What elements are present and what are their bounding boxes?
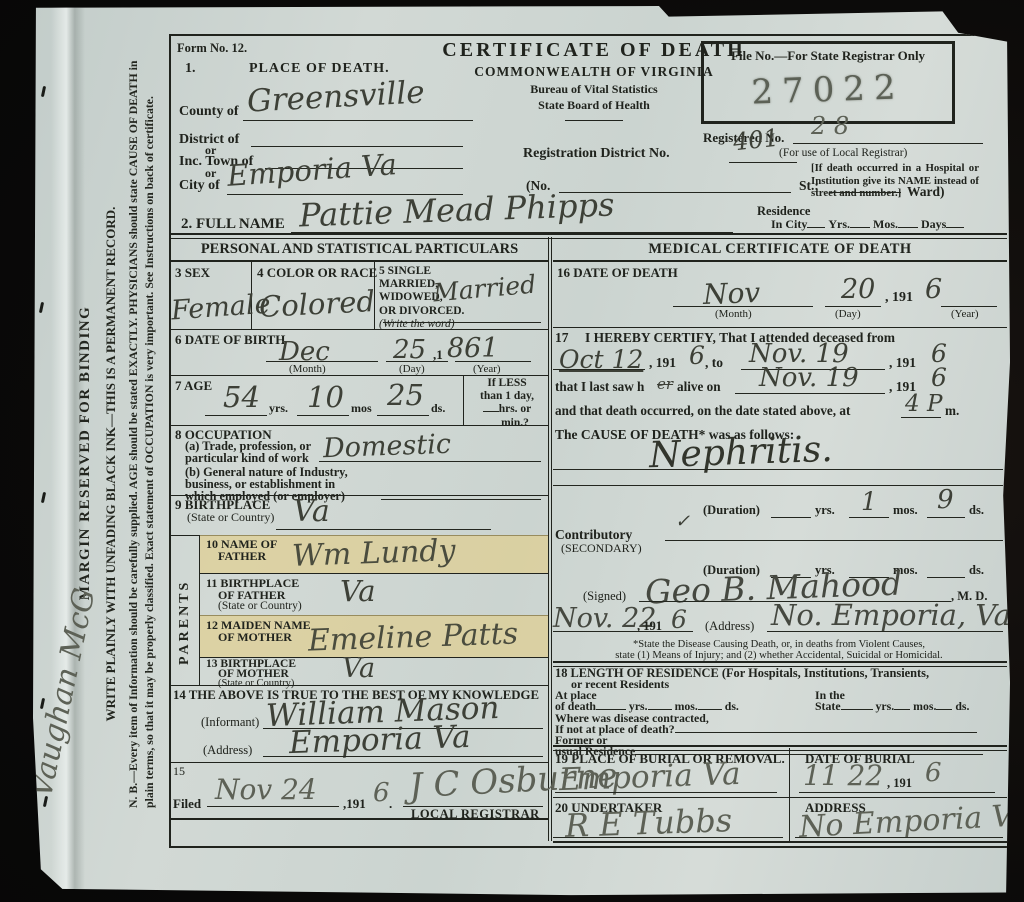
dur1-mos-value: 1 — [861, 489, 877, 514]
burial-year-printed: , 191 — [887, 776, 912, 791]
filed-section-number: 15 — [173, 764, 185, 779]
footnote-line1: *State the Disease Causing Death, or, in… — [553, 639, 1005, 650]
physician-address-line — [767, 631, 1003, 632]
informant-row: 14 THE ABOVE IS TRUE TO THE BEST OF MY K… — [171, 685, 548, 763]
mother-birthplace-value: Va — [342, 655, 375, 682]
birthplace-line — [276, 529, 491, 530]
father-label-2: FATHER — [218, 549, 266, 564]
dob-label: 6 DATE OF BIRTH — [175, 332, 285, 348]
binding-stitch — [41, 492, 46, 503]
street-label: St.; — [799, 178, 819, 194]
fbp-label-3: (State or Country) — [218, 600, 302, 612]
age-yrs-value: 54 — [223, 383, 260, 412]
dur1-ds-value: 9 — [937, 487, 954, 513]
margin-ink-note: WRITE PLAINLY WITH UNFADING BLACK INK—TH… — [103, 174, 119, 754]
cell-divider — [463, 375, 464, 425]
street-line — [829, 192, 901, 193]
dod-month-caption: (Month) — [715, 308, 752, 320]
father-birthplace-value: Va — [340, 577, 376, 606]
birthplace-sublabel: (State or Country) — [187, 510, 274, 525]
file-number-stamp: 27022 — [703, 66, 952, 115]
saw-struck-value: er — [657, 377, 673, 392]
mother-name-value: Emeline Patts — [308, 619, 519, 656]
from-year-value: 6 — [689, 343, 705, 368]
dod-day-line — [825, 306, 881, 307]
dod-year-line — [941, 306, 997, 307]
dod-day-value: 20 — [841, 276, 875, 303]
date-of-death-row: 16 DATE OF DEATH Nov 20 , 191 6 (Month) … — [553, 262, 1007, 328]
burial-row: 19 PLACE OF BURIAL OR REMOVAL. Emporia V… — [553, 748, 1007, 798]
dur1-mos-line — [849, 517, 889, 518]
saw-date-value: Nov. 19 — [759, 365, 859, 391]
signed-date-year-value: 6 — [671, 607, 687, 632]
race-value: Colored — [258, 287, 375, 322]
age-yrs-unit: yrs. — [269, 401, 288, 416]
parents-label: PARENTS — [177, 555, 193, 665]
certification-section: 17 I HEREBY CERTIFY, That I attended dec… — [553, 327, 1007, 661]
registered-no-value: 2 8 — [811, 114, 849, 138]
column-divider — [548, 237, 552, 841]
dur1-yrs-unit: yrs. — [815, 503, 835, 518]
duration1-label: (Duration) — [703, 503, 760, 518]
physician-address-label: (Address) — [705, 619, 754, 634]
birthplace-row: 9 BIRTHPLACE (State or Country) Va — [171, 495, 548, 536]
filed-label: Filed — [173, 796, 201, 812]
cell-divider — [789, 748, 790, 797]
death-time-value: 4 P — [905, 393, 942, 416]
occupation-row: 8 OCCUPATION (a) Trade, profession, or p… — [171, 425, 548, 496]
dur1-mos-unit: mos. — [893, 503, 918, 518]
death-m-label: m. — [945, 403, 959, 419]
certificate-paper: MARGIN RESERVED FOR BINDING WRITE PLAINL… — [33, 6, 1011, 896]
burial-date-value: 11 22 — [803, 762, 883, 790]
signed-label: (Signed) — [583, 589, 626, 604]
certificate-form: Form No. 12. CERTIFICATE OF DEATH COMMON… — [169, 34, 1013, 848]
parents-side-strip: PARENTS — [171, 535, 200, 685]
binding-stitch — [41, 86, 46, 97]
time-line — [901, 417, 941, 418]
dob-year-value: 861 — [447, 335, 499, 362]
county-line — [243, 120, 473, 121]
margin-binding-note: MARGIN RESERVED FOR BINDING — [77, 288, 94, 618]
filed-year-printed: ,191 — [343, 796, 366, 812]
age-ds-line — [377, 415, 429, 416]
dur2-ds-unit: ds. — [969, 563, 984, 578]
occupation-a2: particular kind of work — [185, 451, 309, 466]
filed-date-value: Nov 24 — [215, 776, 317, 804]
mother-birthplace-row: 13 BIRTHPLACE OF MOTHER (State or Countr… — [200, 657, 548, 685]
cause-of-death-value: Nephritis. — [648, 432, 833, 474]
from-line — [553, 369, 645, 370]
dur1-ds-line — [927, 517, 965, 518]
age-mos-line — [297, 415, 349, 416]
dod-label: 16 DATE OF DEATH — [557, 265, 678, 281]
district-line — [251, 146, 463, 147]
undertaker-address-line — [795, 837, 1003, 838]
informant-address-value: Emporia Va — [289, 722, 472, 759]
personal-particulars-column: PERSONAL AND STATISTICAL PARTICULARS 3 S… — [171, 237, 548, 841]
to-label: , to — [705, 355, 723, 371]
dod-day-caption: (Day) — [835, 308, 861, 320]
undertaker-row: 20 UNDERTAKER R E Tubbs ADDRESS No Empor… — [553, 797, 1007, 843]
dod-month-value: Nov — [703, 279, 761, 309]
certify-number: 17 — [555, 330, 569, 346]
footnote-line2: state (1) Means of Injury; and (2) wheth… — [553, 650, 1005, 661]
age-mos-value: 10 — [307, 383, 344, 412]
left-column-header: PERSONAL AND STATISTICAL PARTICULARS — [171, 237, 548, 262]
days-label: Days — [921, 217, 946, 231]
age-ds-unit: ds. — [431, 401, 445, 416]
from-year-printed: , 191 — [649, 355, 676, 371]
marital-value: Married — [432, 272, 537, 306]
residence-duration-line: In City Yrs. Mos. Days — [771, 217, 964, 232]
informant-address-line — [263, 756, 543, 757]
marital-line — [383, 322, 541, 323]
dob-day-line — [386, 361, 448, 362]
age-mos-unit: mos — [351, 401, 372, 416]
county-value: Greensville — [246, 77, 425, 117]
file-box-label: File No.—For State Registrar Only — [704, 44, 952, 64]
margin-nb-note: N. B.—Every item of Information should b… — [125, 40, 157, 808]
local-registrar-label: LOCAL REGISTRAR — [411, 807, 540, 822]
dod-year-caption: (Year) — [951, 308, 979, 320]
saw-label-2: alive on — [677, 379, 721, 395]
in-city-label: In City — [771, 217, 807, 231]
age-ds-value: 25 — [387, 381, 424, 410]
informant-address-label: (Address) — [203, 743, 252, 758]
year-caption: (Year) — [473, 363, 501, 375]
age-row: 7 AGE 54 yrs. 10 mos 25 ds. If LESS than… — [171, 375, 548, 426]
section1-title: PLACE OF DEATH. — [249, 61, 390, 77]
sex-value: Female — [170, 291, 271, 325]
cell-divider — [789, 797, 790, 841]
saw-label: that I last saw h — [555, 379, 644, 395]
contributory-sublabel: (SECONDARY) — [561, 541, 642, 556]
full-name-label: 2. FULL NAME — [181, 216, 285, 233]
age-label: 7 AGE — [175, 378, 212, 394]
registration-district-line — [729, 162, 797, 163]
dob-row: 6 DATE OF BIRTH Dec 25 ,1 861 (Month) (D… — [171, 329, 548, 376]
binding-stitch — [39, 302, 44, 313]
dur2-ds-line — [927, 577, 965, 578]
mos-label: Mos. — [873, 217, 898, 231]
full-name-value: Pattie Mead Phipps — [299, 189, 615, 232]
signed-date-line — [553, 631, 693, 632]
mother-label-2: OF MOTHER — [218, 630, 292, 645]
registration-district-label: Registration District No. — [523, 146, 670, 162]
saw-year-value: 6 — [931, 365, 947, 390]
city-label: City of — [179, 178, 220, 194]
dod-year-printed: , 191 — [885, 290, 913, 306]
filed-row: 15 Filed Nov 24 ,191 6 . J C Osburne LOC… — [171, 762, 548, 820]
dur1-yrs-line — [771, 517, 811, 518]
dod-year-value: 6 — [925, 276, 942, 303]
where-contracted-line: If not at place of death? — [555, 722, 977, 737]
title-divider — [565, 120, 623, 121]
ward-label: Ward) — [907, 184, 945, 200]
medical-certificate-column: MEDICAL CERTIFICATE OF DEATH 16 DATE OF … — [553, 237, 1007, 841]
cause-line-2 — [553, 485, 1003, 486]
filed-dot: . — [389, 796, 392, 812]
undertaker-line — [553, 837, 783, 838]
mother-name-row: 12 MAIDEN NAME OF MOTHER Emeline Patts — [200, 615, 548, 658]
right-column-header: MEDICAL CERTIFICATE OF DEATH — [553, 237, 1007, 262]
age-yrs-line — [205, 415, 267, 416]
occupation-value: Domestic — [323, 431, 452, 462]
dob-year-line — [455, 361, 531, 362]
filed-line — [207, 806, 339, 807]
section1-number: 1. — [185, 61, 196, 77]
contributory-line — [665, 540, 1003, 541]
contributory-checkmark: ✓ — [675, 513, 690, 531]
cause-line — [553, 469, 1003, 470]
if-less-label: If LESS than 1 day, hrs. or min.? — [467, 377, 547, 430]
registered-no-note: (For use of Local Registrar) — [779, 147, 907, 159]
occupation-a-line — [319, 461, 541, 462]
day-caption: (Day) — [399, 363, 425, 375]
in-state-line: State yrs. mos. ds. — [815, 699, 969, 714]
hospital-note: [If death occurred in a Hospital or Inst… — [811, 162, 979, 200]
physician-address-value: No. Emporia, Va — [771, 601, 1011, 630]
filed-year-value: 6 — [373, 780, 390, 806]
parents-block: PARENTS 10 NAME OF FATHER Wm Lundy 11 BI… — [171, 535, 548, 686]
burial-place-line — [555, 792, 777, 793]
city-value: Emporia Va — [226, 150, 398, 191]
to-year-printed: , 191 — [889, 355, 916, 371]
burial-date-line — [799, 792, 995, 793]
death-occurred-label: and that death occurred, on the date sta… — [555, 403, 850, 419]
dob-month-line — [266, 361, 378, 362]
race-label: 4 COLOR OR RACE — [257, 265, 377, 281]
residence-section: 18 LENGTH OF RESIDENCE (For Hospitals, I… — [553, 665, 1007, 742]
death-certificate-scan: MARGIN RESERVED FOR BINDING WRITE PLAINL… — [0, 0, 1024, 902]
father-name-value: Wm Lundy — [292, 536, 456, 572]
month-caption: (Month) — [289, 363, 326, 375]
sex-label: 3 SEX — [175, 265, 210, 281]
yrs-label: Yrs. — [828, 217, 850, 231]
informant-label: (Informant) — [201, 715, 259, 730]
form-number: Form No. 12. — [177, 41, 247, 56]
county-label: County of — [179, 104, 239, 120]
saw-line — [735, 393, 885, 394]
burial-place-value: Emporia Va — [559, 759, 742, 796]
father-name-row: 10 NAME OF FATHER Wm Lundy — [200, 535, 548, 574]
burial-year-value: 6 — [925, 760, 942, 786]
registered-no-line — [793, 143, 983, 144]
sex-race-marital-row: 3 SEX Female 4 COLOR OR RACE Colored 5 S… — [171, 262, 548, 330]
margin-signature: Vaughan McG — [27, 586, 101, 800]
dur1-ds-unit: ds. — [969, 503, 984, 518]
registration-district-value: 401 — [732, 126, 780, 155]
dob-day-value: 25 — [393, 337, 426, 363]
birthplace-value: Va — [293, 497, 330, 527]
father-birthplace-row: 11 BIRTHPLACE OF FATHER (State or Countr… — [200, 573, 548, 616]
dod-month-line — [673, 306, 813, 307]
